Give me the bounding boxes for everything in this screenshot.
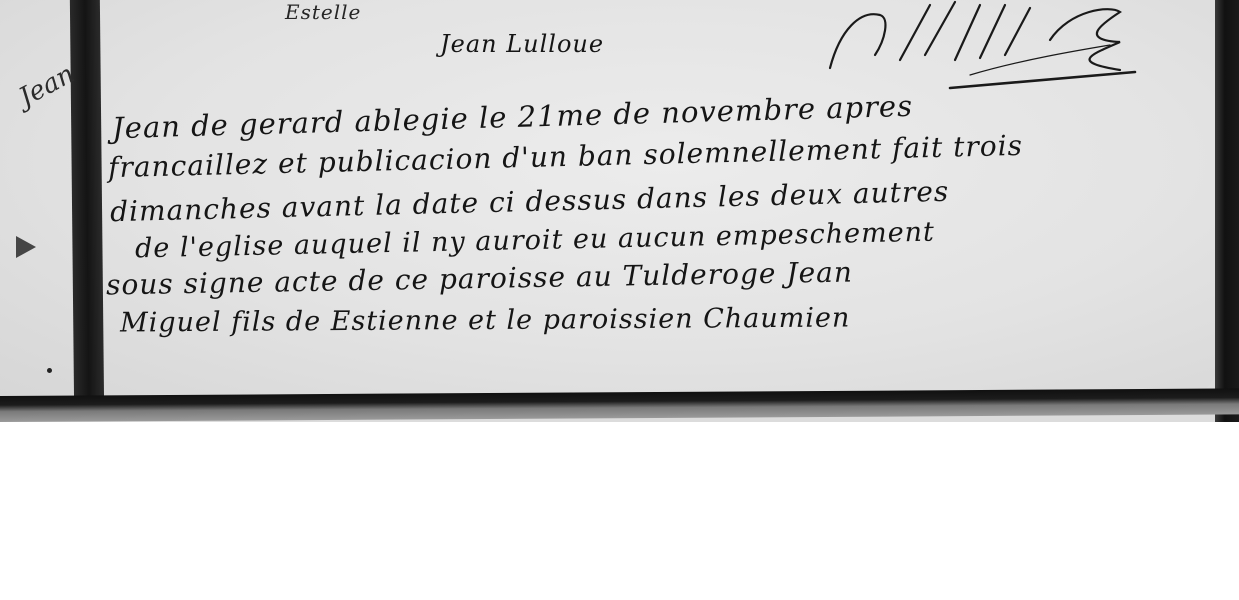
name-line: Jean Lulloue bbox=[440, 30, 604, 58]
margin-ink-dot bbox=[47, 368, 52, 373]
blank-area bbox=[0, 422, 1239, 600]
header-fragment: Estelle bbox=[285, 0, 361, 24]
margin-triangle-marker-icon bbox=[16, 236, 36, 258]
text-line-6: Miguel fils de Estienne et le paroissien… bbox=[120, 302, 850, 338]
page-right-edge bbox=[1215, 0, 1239, 422]
signature-flourish-icon bbox=[820, 0, 1150, 90]
manuscript-scan: Jean Estelle Jean Lulloue Jean de gerard… bbox=[0, 0, 1239, 422]
